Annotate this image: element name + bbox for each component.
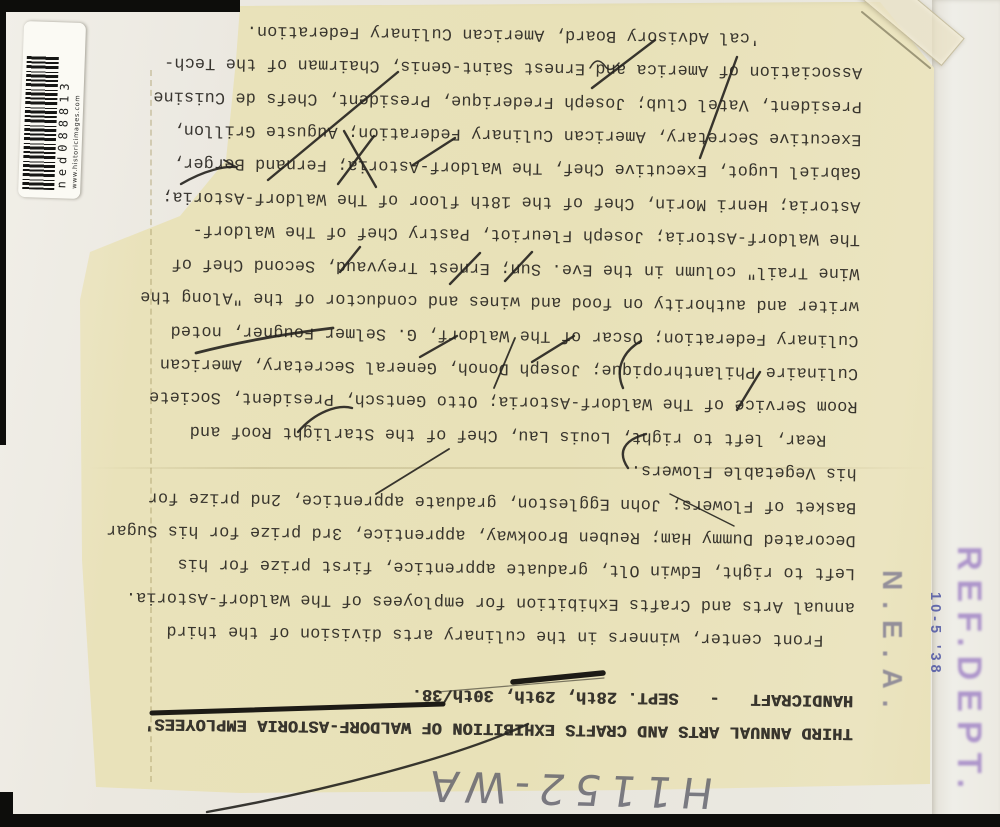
nea-stamp: N.E.A. (876, 570, 908, 718)
barcode-label: ned088813 www.historicimages.com (18, 21, 86, 199)
ref-dept-stamp: REF.DEPT. (949, 546, 988, 797)
scan-edge-bottom (0, 814, 1000, 827)
barcode-icon (22, 55, 59, 190)
date-stamp: 10-5 '38 (927, 592, 943, 677)
handwritten-id: H1152-WA (364, 760, 716, 818)
scan-edge-left (0, 0, 6, 445)
scan-edge-top (0, 0, 240, 12)
typed-caption-upside-down: THIRD ANNUAL ARTS AND CRAFTS EXHIBITION … (105, 0, 863, 749)
scan-edge-bottom-left (0, 792, 13, 827)
